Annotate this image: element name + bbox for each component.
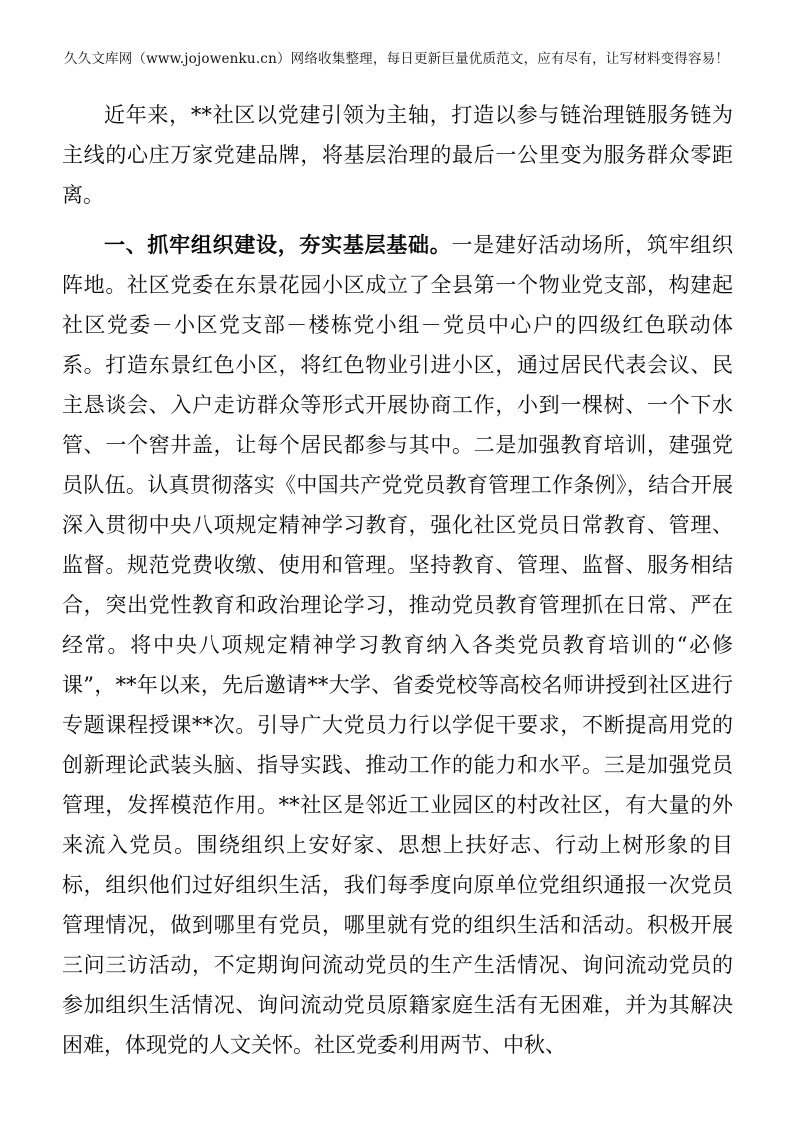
- document-page: 久久文库网（www.jojowenku.cn）网络收集整理，每日更新巨量优质范文…: [0, 0, 793, 1122]
- document-body: 近年来，**社区以党建引领为主轴，打造以参与链治理链服务链为主线的心庄万家党建品…: [62, 95, 733, 1065]
- page-header: 久久文库网（www.jojowenku.cn）网络收集整理，每日更新巨量优质范文…: [0, 0, 793, 69]
- bold-text-run: 一、抓牢组织建设，夯实基层基础。: [104, 232, 451, 257]
- text-run: 近年来，**社区以党建引领为主轴，打造以参与链治理链服务链为主线的心庄万家党建品…: [62, 103, 733, 207]
- paragraph: 近年来，**社区以党建引领为主轴，打造以参与链治理链服务链为主线的心庄万家党建品…: [62, 95, 733, 215]
- header-site-notice: 久久文库网（www.jojowenku.cn）网络收集整理，每日更新巨量优质范文…: [64, 51, 729, 67]
- paragraph: 一、抓牢组织建设，夯实基层基础。一是建好活动场所，筑牢组织阵地。社区党委在东景花…: [62, 225, 733, 1065]
- text-run: 一是建好活动场所，筑牢组织阵地。社区党委在东景花园小区成立了全县第一个物业党支部…: [62, 233, 733, 1057]
